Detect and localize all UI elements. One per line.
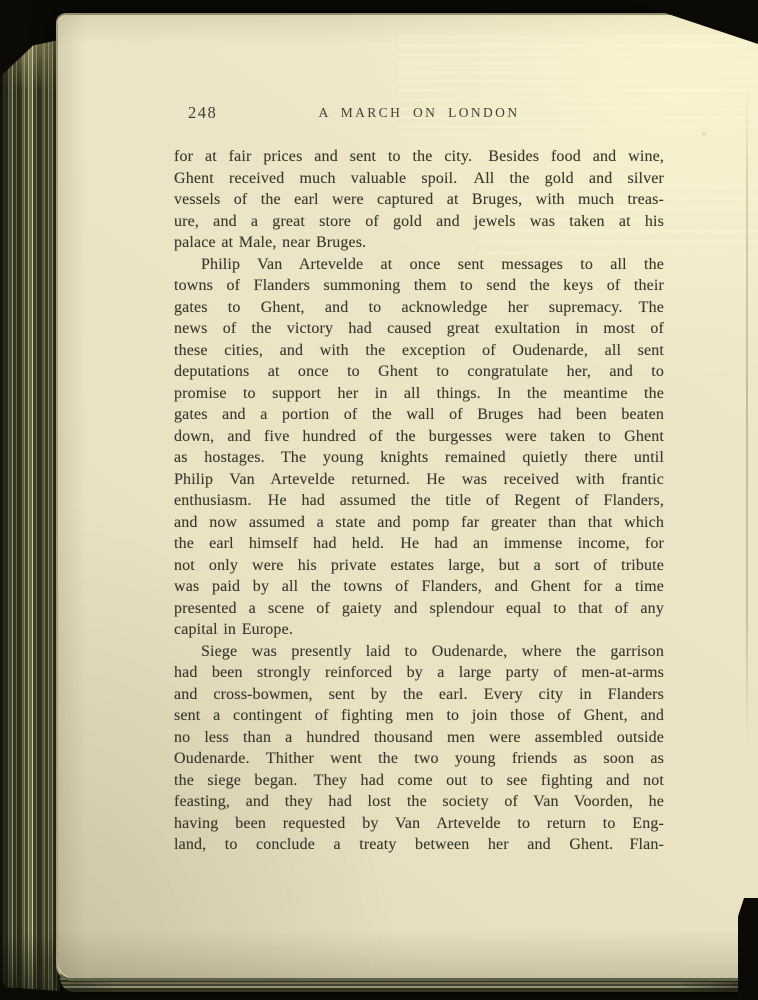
text-line: feasting, and they had lost the society … bbox=[174, 791, 664, 813]
text-line: Philip Van Artevelde at once sent messag… bbox=[174, 254, 664, 276]
book-page-stack-left-edge bbox=[0, 34, 60, 991]
text-line: no less than a hundred thousand men were… bbox=[174, 727, 664, 749]
text-line: Oudenarde. Thither went the two young fr… bbox=[174, 748, 664, 770]
text-line: vessels of the earl were captured at Bru… bbox=[174, 189, 664, 211]
body-text: for at fair prices and sent to the city.… bbox=[174, 146, 664, 856]
text-line: had been strongly reinforced by a large … bbox=[174, 662, 664, 684]
text-line: was paid by all the towns of Flanders, a… bbox=[174, 576, 664, 598]
text-line: and now assumed a state and pomp far gre… bbox=[174, 512, 664, 534]
text-line: Philip Van Artevelde returned. He was re… bbox=[174, 469, 664, 491]
paragraph: for at fair prices and sent to the city.… bbox=[174, 146, 664, 254]
running-title: A MARCH ON LONDON bbox=[174, 105, 664, 121]
text-line: these cities, and with the exception of … bbox=[174, 340, 664, 362]
text-line: news of the victory had caused great exu… bbox=[174, 318, 664, 340]
text-line: towns of Flanders summoning them to send… bbox=[174, 275, 664, 297]
text-line: deputations at once to Ghent to congratu… bbox=[174, 361, 664, 383]
text-line: the siege began. They had come out to se… bbox=[174, 770, 664, 792]
book-page: 248 A MARCH ON LONDON for at fair prices… bbox=[56, 13, 758, 981]
text-line: capital in Europe. bbox=[174, 619, 664, 641]
text-line: land, to conclude a treaty between her a… bbox=[174, 834, 664, 856]
text-line: gates and a portion of the wall of Bruge… bbox=[174, 404, 664, 426]
scanned-book-photo: 248 A MARCH ON LONDON for at fair prices… bbox=[0, 0, 758, 1000]
text-line: presented a scene of gaiety and splendou… bbox=[174, 598, 664, 620]
text-line: promise to support her in all things. In… bbox=[174, 383, 664, 405]
text-line: the earl himself had held. He had an imm… bbox=[174, 533, 664, 555]
text-line: sent a contingent of fighting men to joi… bbox=[174, 705, 664, 727]
background-wedge-bottom-right bbox=[738, 898, 758, 1000]
text-line: having been requested by Van Artevelde t… bbox=[174, 813, 664, 835]
text-line: Siege was presently laid to Oudenarde, w… bbox=[174, 641, 664, 663]
paper-crease bbox=[746, 85, 748, 745]
text-line: not only were his private estates large,… bbox=[174, 555, 664, 577]
paragraph: Siege was presently laid to Oudenarde, w… bbox=[174, 641, 664, 856]
text-line: enthusiasm. He had assumed the title of … bbox=[174, 490, 664, 512]
text-line: and cross-bowmen, sent by the earl. Ever… bbox=[174, 684, 664, 706]
text-line: palace at Male, near Bruges. bbox=[174, 232, 664, 254]
text-line: gates to Ghent, and to acknowledge her s… bbox=[174, 297, 664, 319]
page-header: 248 A MARCH ON LONDON bbox=[174, 103, 664, 125]
text-line: for at fair prices and sent to the city.… bbox=[174, 146, 664, 168]
text-line: ure, and a great store of gold and jewel… bbox=[174, 211, 664, 233]
text-line: Ghent received much valuable spoil. All … bbox=[174, 168, 664, 190]
text-line: down, and five hundred of the burgesses … bbox=[174, 426, 664, 448]
text-line: as hostages. The young knights remained … bbox=[174, 447, 664, 469]
paper-stain bbox=[701, 131, 707, 136]
paragraph: Philip Van Artevelde at once sent messag… bbox=[174, 254, 664, 641]
